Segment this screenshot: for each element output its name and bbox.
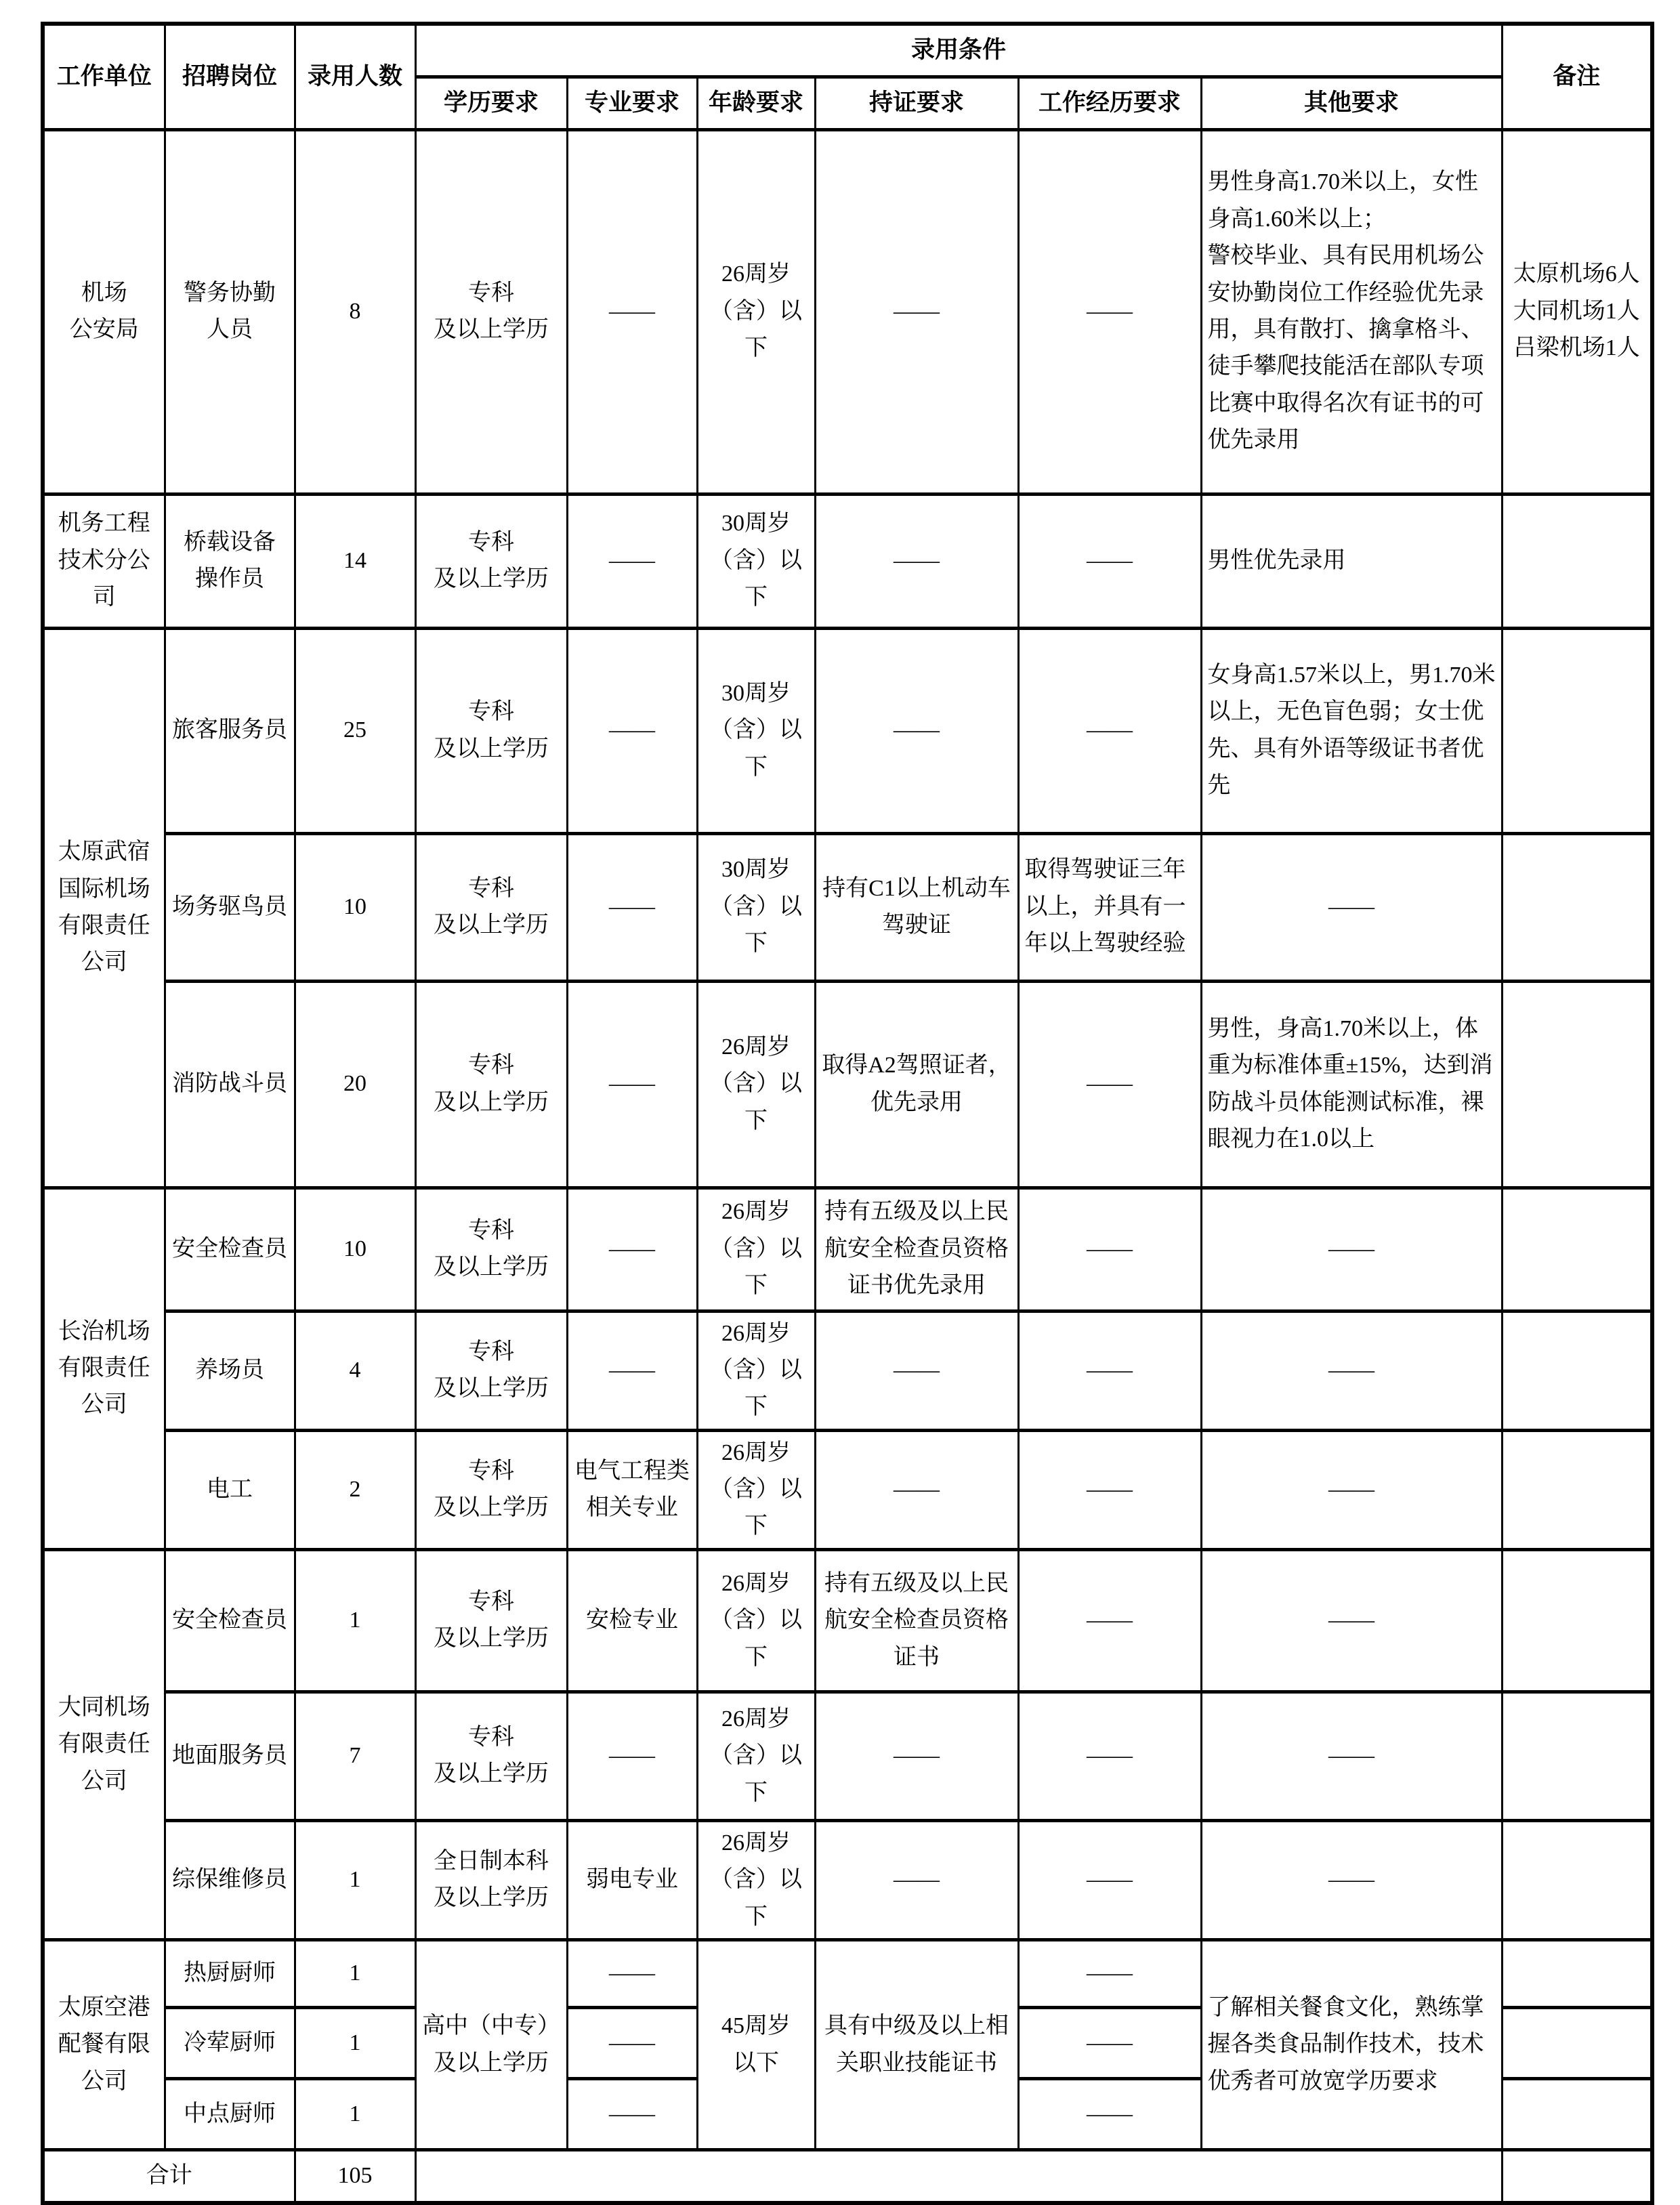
- cell-certificate: ——: [815, 1692, 1018, 1820]
- cell-major: ——: [567, 2008, 697, 2079]
- cell-remark: [1502, 1549, 1652, 1692]
- cell-certificate: ——: [815, 1820, 1018, 1939]
- cell-major: ——: [567, 628, 697, 833]
- cell-other: ——: [1201, 1549, 1502, 1692]
- table-row: 综保维修员 1 全日制本科 及以上学历 弱电专业 26周岁 （含）以下 —— —…: [43, 1820, 1652, 1939]
- cell-experience: ——: [1018, 2008, 1201, 2079]
- cell-major: ——: [567, 1692, 697, 1820]
- cell-remark: 太原机场6人 大同机场1人 吕梁机场1人: [1502, 129, 1652, 494]
- cell-count: 8: [295, 129, 415, 494]
- cell-age: 26周岁 （含）以下: [697, 981, 815, 1188]
- cell-count: 20: [295, 981, 415, 1188]
- cell-count: 4: [295, 1311, 415, 1430]
- cell-count: 14: [295, 494, 415, 628]
- cell-major: 电气工程类 相关专业: [567, 1430, 697, 1549]
- cell-major: ——: [567, 494, 697, 628]
- cell-experience: ——: [1018, 981, 1201, 1188]
- header-row-1: 工作单位 招聘岗位 录用人数 录用条件 备注: [43, 24, 1652, 77]
- cell-age: 26周岁 （含）以下: [697, 1188, 815, 1311]
- cell-count: 1: [295, 2008, 415, 2079]
- cell-remark: [1502, 1430, 1652, 1549]
- cell-other: ——: [1201, 1692, 1502, 1820]
- cell-unit: 机场 公安局: [43, 129, 165, 494]
- cell-unit: 长治机场 有限责任 公司: [43, 1188, 165, 1549]
- cell-major: ——: [567, 129, 697, 494]
- cell-experience: ——: [1018, 1820, 1201, 1939]
- header-major: 专业要求: [567, 77, 697, 129]
- cell-age: 30周岁 （含）以下: [697, 833, 815, 981]
- cell-education: 高中（中专） 及以上学历: [415, 1940, 567, 2150]
- cell-experience: ——: [1018, 1549, 1201, 1692]
- cell-unit: 太原武宿 国际机场 有限责任 公司: [43, 628, 165, 1188]
- cell-count: 10: [295, 1188, 415, 1311]
- cell-remark: [1502, 2079, 1652, 2150]
- cell-other: ——: [1201, 1188, 1502, 1311]
- header-age: 年龄要求: [697, 77, 815, 129]
- cell-education: 专科 及以上学历: [415, 1430, 567, 1549]
- cell-education: 专科 及以上学历: [415, 981, 567, 1188]
- cell-certificate: 持有五级及以上民航安全检查员资格证书优先录用: [815, 1188, 1018, 1311]
- cell-age: 30周岁 （含）以下: [697, 628, 815, 833]
- cell-certificate: 持有五级及以上民航安全检查员资格证书: [815, 1549, 1018, 1692]
- cell-education: 专科 及以上学历: [415, 833, 567, 981]
- cell-remark: [1502, 2008, 1652, 2079]
- cell-other: ——: [1201, 833, 1502, 981]
- table-row: 养场员 4 专科 及以上学历 —— 26周岁 （含）以下 —— —— ——: [43, 1311, 1652, 1430]
- cell-count: 7: [295, 1692, 415, 1820]
- cell-experience: ——: [1018, 1430, 1201, 1549]
- cell-position: 冷荤厨师: [165, 2008, 295, 2079]
- cell-experience: ——: [1018, 1188, 1201, 1311]
- header-education: 学历要求: [415, 77, 567, 129]
- table-row: 机场 公安局 警务协勤 人员 8 专科 及以上学历 —— 26周岁 （含）以下 …: [43, 129, 1652, 494]
- cell-other: 男性优先录用: [1201, 494, 1502, 628]
- cell-experience: ——: [1018, 494, 1201, 628]
- cell-age: 26周岁 （含）以下: [697, 1692, 815, 1820]
- cell-count: 1: [295, 1549, 415, 1692]
- table-row: 消防战斗员 20 专科 及以上学历 —— 26周岁 （含）以下 取得A2驾照证者…: [43, 981, 1652, 1188]
- cell-experience: ——: [1018, 628, 1201, 833]
- cell-education: 全日制本科 及以上学历: [415, 1820, 567, 1939]
- cell-certificate: ——: [815, 1430, 1018, 1549]
- cell-unit: 机务工程 技术分公司: [43, 494, 165, 628]
- cell-position: 中点厨师: [165, 2079, 295, 2150]
- cell-remark: [1502, 833, 1652, 981]
- cell-remark: [1502, 1188, 1652, 1311]
- total-remark: [1502, 2150, 1652, 2203]
- cell-position: 桥载设备 操作员: [165, 494, 295, 628]
- cell-other: 男性，身高1.70米以上，体重为标准体重±15%，达到消防战斗员体能测试标准，裸…: [1201, 981, 1502, 1188]
- cell-remark: [1502, 494, 1652, 628]
- cell-age: 26周岁 （含）以下: [697, 1311, 815, 1430]
- table-row: 地面服务员 7 专科 及以上学历 —— 26周岁 （含）以下 —— —— ——: [43, 1692, 1652, 1820]
- cell-certificate: 具有中级及以上相关职业技能证书: [815, 1940, 1018, 2150]
- cell-experience: ——: [1018, 1311, 1201, 1430]
- header-conditions: 录用条件: [415, 24, 1502, 77]
- cell-count: 1: [295, 2079, 415, 2150]
- total-count: 105: [295, 2150, 415, 2203]
- table-row: 大同机场 有限责任 公司 安全检查员 1 专科 及以上学历 安检专业 26周岁 …: [43, 1549, 1652, 1692]
- cell-remark: [1502, 1820, 1652, 1939]
- cell-major: 弱电专业: [567, 1820, 697, 1939]
- cell-other: ——: [1201, 1311, 1502, 1430]
- cell-education: 专科 及以上学历: [415, 1188, 567, 1311]
- cell-position: 旅客服务员: [165, 628, 295, 833]
- cell-major: ——: [567, 833, 697, 981]
- cell-certificate: ——: [815, 1311, 1018, 1430]
- cell-age: 45周岁 以下: [697, 1940, 815, 2150]
- cell-major: ——: [567, 1311, 697, 1430]
- header-position: 招聘岗位: [165, 24, 295, 129]
- cell-position: 养场员: [165, 1311, 295, 1430]
- cell-other: 女身高1.57米以上，男1.70米以上，无色盲色弱；女士优先、具有外语等级证书者…: [1201, 628, 1502, 833]
- cell-experience: 取得驾驶证三年以上，并具有一年以上驾驶经验: [1018, 833, 1201, 981]
- header-remarks: 备注: [1502, 24, 1652, 129]
- header-work-unit: 工作单位: [43, 24, 165, 129]
- cell-position: 地面服务员: [165, 1692, 295, 1820]
- cell-remark: [1502, 628, 1652, 833]
- cell-count: 1: [295, 1820, 415, 1939]
- cell-unit: 太原空港 配餐有限 公司: [43, 1940, 165, 2150]
- total-row: 合计 105: [43, 2150, 1652, 2203]
- cell-certificate: ——: [815, 494, 1018, 628]
- cell-certificate: ——: [815, 628, 1018, 833]
- cell-experience: ——: [1018, 129, 1201, 494]
- cell-major: 安检专业: [567, 1549, 697, 1692]
- cell-other: ——: [1201, 1820, 1502, 1939]
- cell-major: ——: [567, 1940, 697, 2008]
- cell-count: 25: [295, 628, 415, 833]
- cell-other: 男性身高1.70米以上，女性身高1.60米以上； 警校毕业、具有民用机场公安协勤…: [1201, 129, 1502, 494]
- table-row: 电工 2 专科 及以上学历 电气工程类 相关专业 26周岁 （含）以下 —— —…: [43, 1430, 1652, 1549]
- cell-other: ——: [1201, 1430, 1502, 1549]
- cell-experience: ——: [1018, 1692, 1201, 1820]
- cell-age: 26周岁 （含）以下: [697, 129, 815, 494]
- cell-certificate: 持有C1以上机动车驾驶证: [815, 833, 1018, 981]
- cell-education: 专科 及以上学历: [415, 1692, 567, 1820]
- cell-age: 26周岁 （含）以下: [697, 1430, 815, 1549]
- cell-experience: ——: [1018, 1940, 1201, 2008]
- recruitment-table: 工作单位 招聘岗位 录用人数 录用条件 备注 学历要求 专业要求 年龄要求 持证…: [41, 22, 1654, 2205]
- cell-education: 专科 及以上学历: [415, 628, 567, 833]
- cell-age: 26周岁 （含）以下: [697, 1820, 815, 1939]
- table-row: 机务工程 技术分公司 桥载设备 操作员 14 专科 及以上学历 —— 30周岁 …: [43, 494, 1652, 628]
- cell-certificate: ——: [815, 129, 1018, 494]
- cell-position: 警务协勤 人员: [165, 129, 295, 494]
- cell-count: 10: [295, 833, 415, 981]
- cell-remark: [1502, 1940, 1652, 2008]
- cell-position: 场务驱鸟员: [165, 833, 295, 981]
- table-row: 场务驱鸟员 10 专科 及以上学历 —— 30周岁 （含）以下 持有C1以上机动…: [43, 833, 1652, 981]
- cell-other: 了解相关餐食文化，熟练掌握各类食品制作技术，技术优秀者可放宽学历要求: [1201, 1940, 1502, 2150]
- cell-position: 电工: [165, 1430, 295, 1549]
- cell-age: 26周岁 （含）以下: [697, 1549, 815, 1692]
- total-label: 合计: [43, 2150, 295, 2203]
- header-experience: 工作经历要求: [1018, 77, 1201, 129]
- cell-remark: [1502, 1311, 1652, 1430]
- cell-certificate: 取得A2驾照证者，优先录用: [815, 981, 1018, 1188]
- cell-position: 安全检查员: [165, 1188, 295, 1311]
- cell-major: ——: [567, 1188, 697, 1311]
- header-headcount: 录用人数: [295, 24, 415, 129]
- cell-position: 消防战斗员: [165, 981, 295, 1188]
- table-row: 太原武宿 国际机场 有限责任 公司 旅客服务员 25 专科 及以上学历 —— 3…: [43, 628, 1652, 833]
- cell-major: ——: [567, 981, 697, 1188]
- cell-remark: [1502, 1692, 1652, 1820]
- cell-remark: [1502, 981, 1652, 1188]
- cell-position: 安全检查员: [165, 1549, 295, 1692]
- cell-count: 2: [295, 1430, 415, 1549]
- cell-education: 专科 及以上学历: [415, 1549, 567, 1692]
- recruitment-table-sheet: 工作单位 招聘岗位 录用人数 录用条件 备注 学历要求 专业要求 年龄要求 持证…: [41, 22, 1654, 2205]
- cell-unit: 大同机场 有限责任 公司: [43, 1549, 165, 1939]
- cell-age: 30周岁 （含）以下: [697, 494, 815, 628]
- cell-position: 综保维修员: [165, 1820, 295, 1939]
- cell-education: 专科 及以上学历: [415, 129, 567, 494]
- cell-count: 1: [295, 1940, 415, 2008]
- table-row: 太原空港 配餐有限 公司 热厨厨师 1 高中（中专） 及以上学历 —— 45周岁…: [43, 1940, 1652, 2008]
- cell-experience: ——: [1018, 2079, 1201, 2150]
- cell-education: 专科 及以上学历: [415, 494, 567, 628]
- cell-education: 专科 及以上学历: [415, 1311, 567, 1430]
- header-certificate: 持证要求: [815, 77, 1018, 129]
- header-other: 其他要求: [1201, 77, 1502, 129]
- cell-major: ——: [567, 2079, 697, 2150]
- table-row: 长治机场 有限责任 公司 安全检查员 10 专科 及以上学历 —— 26周岁 （…: [43, 1188, 1652, 1311]
- cell-position: 热厨厨师: [165, 1940, 295, 2008]
- total-blank: [415, 2150, 1502, 2203]
